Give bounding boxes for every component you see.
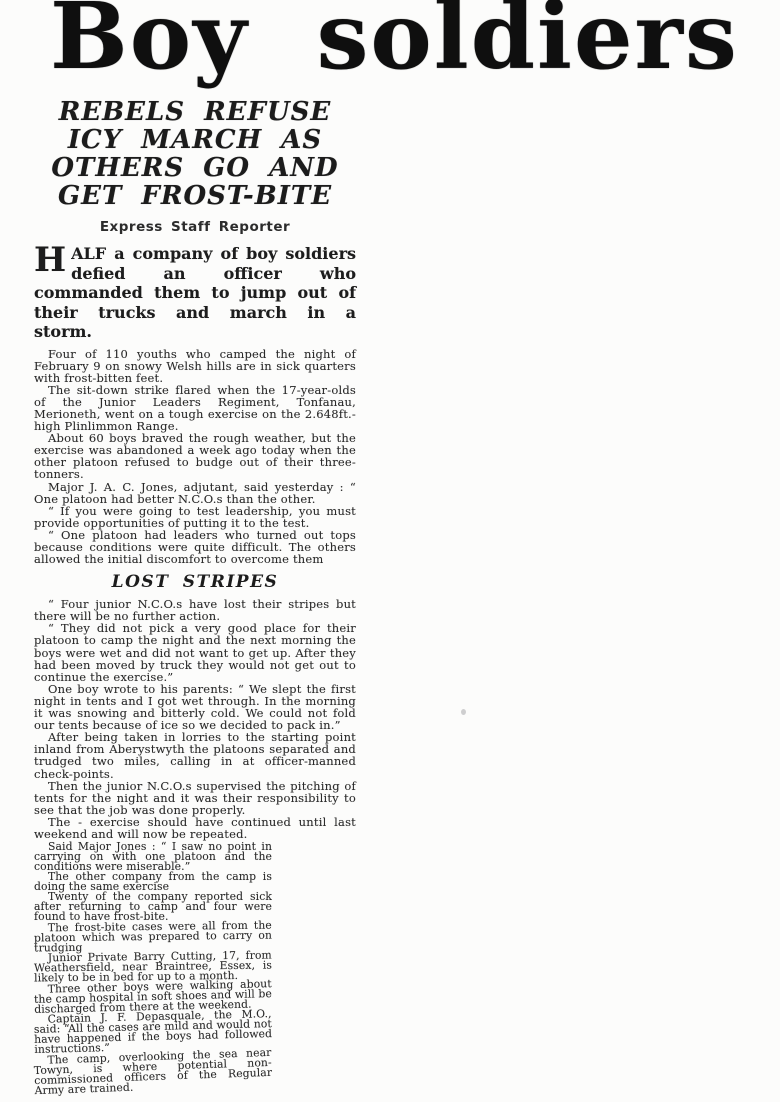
article-paragraph: One boy wrote to his parents: “ We slept… <box>34 683 356 731</box>
article-paragraph: “ One platoon had leaders who turned out… <box>34 529 356 565</box>
article-paragraph: About 60 boys braved the rough weather, … <box>34 432 356 480</box>
sub-headline-line: ICY MARCH AS <box>34 126 356 154</box>
article-paragraph: “ Four junior N.C.O.s have lost their st… <box>34 598 356 622</box>
sub-headline: REBELS REFUSE ICY MARCH AS OTHERS GO AND… <box>34 98 356 210</box>
sub-headline-line: OTHERS GO AND <box>34 154 356 182</box>
article-paragraph: Major J. A. C. Jones, adjutant, said yes… <box>34 481 356 505</box>
newspaper-clipping: Boy soldiers REBELS REFUSE ICY MARCH AS … <box>0 0 780 1102</box>
article-paragraph: The sit-down strike flared when the 17-y… <box>34 384 356 432</box>
drop-cap: H <box>34 244 71 276</box>
lead-paragraph: HALF a company of boy soldiers defied an… <box>34 244 356 342</box>
article-paragraph: Twenty of the company reported sick afte… <box>34 892 272 922</box>
article-paragraph: The camp, overlooking the sea near Towyn… <box>33 1048 272 1096</box>
article-column: REBELS REFUSE ICY MARCH AS OTHERS GO AND… <box>34 98 356 1092</box>
byline: Express Staff Reporter <box>34 219 356 235</box>
lead-text: ALF a company of boy soldiers defied an … <box>34 244 356 341</box>
article-paragraph: After being taken in lorries to the star… <box>34 731 356 779</box>
article-paragraph: The - exercise should have continued unt… <box>34 816 356 840</box>
article-paragraph: The other company from the camp is doing… <box>34 872 272 892</box>
article-paragraph: “ They did not pick a very good place fo… <box>34 622 356 682</box>
article-paragraph: Said Major Jones : “ I saw no point in c… <box>34 842 272 872</box>
article-body-top: Four of 110 youths who camped the night … <box>34 348 356 566</box>
sub-headline-line: GET FROST-BITE <box>34 182 356 210</box>
scan-speck <box>461 709 466 715</box>
crosshead: LOST STRIPES <box>34 572 356 592</box>
main-headline: Boy soldiers <box>50 0 780 90</box>
article-paragraph: Then the junior N.C.O.s supervised the p… <box>34 780 356 816</box>
article-body-mid: “ Four junior N.C.O.s have lost their st… <box>34 598 356 840</box>
article-paragraph: Four of 110 youths who camped the night … <box>34 348 356 384</box>
article-paragraph: “ If you were going to test leadership, … <box>34 505 356 529</box>
sub-headline-line: REBELS REFUSE <box>34 98 356 126</box>
article-body-narrow: Said Major Jones : “ I saw no point in c… <box>34 842 272 1092</box>
